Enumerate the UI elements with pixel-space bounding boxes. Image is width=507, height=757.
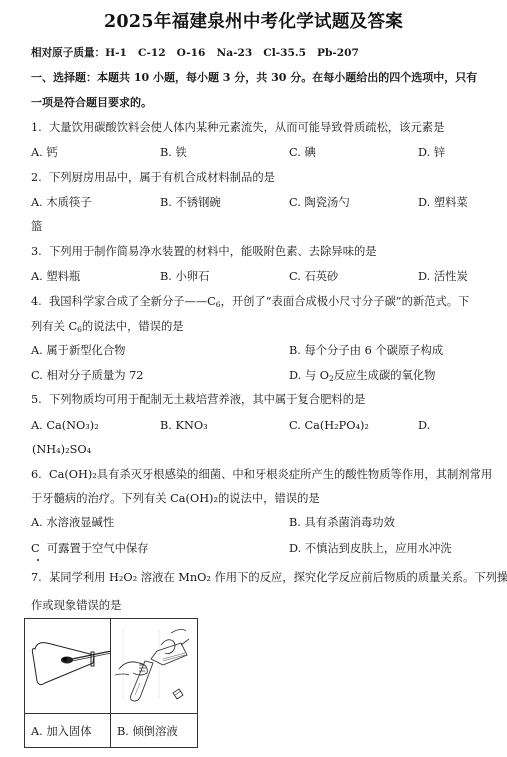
section-heading-line1: 一、选择题：本题共 10 小题，每小题 3 分，共 30 分。在每小题给出的四个… [31, 71, 477, 85]
section-heading-line2: 一项是符合题目要求的。 [31, 96, 152, 110]
q4-option-d: D. 与 O2反应生成碳的氧化物 [289, 369, 435, 383]
atomic-mass-c: C-12 [138, 47, 166, 59]
q2-option-b: B. 不锈钢碗 [160, 196, 221, 210]
stray-dot [37, 559, 39, 561]
question-1-stem: 1. 大量饮用碳酸饮料会使人体内某种元素流失，从而可能导致骨质疏松，该元素是 [31, 121, 444, 135]
q2-option-a: A. 木质筷子 [31, 196, 92, 210]
q2-option-d: D. 塑料菜 [418, 196, 468, 210]
q4-option-a: A. 属于新型化合物 [31, 344, 125, 358]
question-number: 3. [31, 245, 42, 258]
pouring-liquid-into-test-tube-icon [111, 619, 197, 709]
question-number: 4. [31, 295, 42, 308]
atomic-masses-label: 相对原子质量： [31, 47, 105, 59]
q3-option-a: A. 塑料瓶 [31, 270, 80, 284]
atomic-mass-o: O-16 [177, 47, 206, 59]
question-text: 下列用于制作简易净水装置的材料中，能吸附色素、去除异味的是 [49, 245, 377, 258]
question-6-stem-line1: 6. Ca(OH)₂具有杀灭牙根感染的细菌、中和牙根炎症所产生的酸性物质等作用，… [31, 468, 492, 482]
question-text: 下列物质均可用于配制无土栽培营养液，其中属于复合肥料的是 [49, 393, 365, 406]
question-number: 6. [31, 468, 42, 481]
question-4-stem-line1: 4. 我国科学家合成了全新分子——C6，开创了“表面合成极小尺寸分子碳”的新范式… [31, 295, 469, 309]
q6-option-d: D. 不慎沾到皮肤上，应用水冲洗 [289, 542, 452, 556]
flask-with-spatula-icon [25, 619, 110, 709]
q4-option-c: C. 相对分子质量为 72 [31, 369, 143, 383]
q6-option-c: C 可露置于空气中保存 [31, 542, 149, 556]
q3-option-b: B. 小卵石 [160, 270, 209, 284]
question-7-stem-line1: 7. 某同学利用 H₂O₂ 溶液在 MnO₂ 作用下的反应，探究化学反应前后物质… [31, 571, 507, 585]
q6-option-b: B. 具有杀菌消毒功效 [289, 516, 395, 530]
figure-b-label: B. 倾倒溶液 [111, 714, 198, 748]
question-3-stem: 3. 下列用于制作简易净水装置的材料中，能吸附色素、去除异味的是 [31, 245, 377, 259]
q1-option-c: C. 碘 [289, 146, 316, 160]
q5-option-d-key: D. [418, 419, 430, 433]
question-4-stem-line2: 列有关 C6的说法中，错误的是 [31, 320, 184, 334]
atomic-mass-cl: Cl-35.5 [263, 47, 306, 59]
q2-option-d-wrap: 篮 [31, 220, 42, 234]
q1-option-a: A. 钙 [31, 146, 58, 160]
question-number: 7. [31, 571, 42, 584]
q4-option-b: B. 每个分子由 6 个碳原子构成 [289, 344, 443, 358]
q5-option-b: B. KNO₃ [160, 419, 208, 433]
question-6-stem-line2: 于牙髓病的治疗。下列有关 Ca(OH)₂的说法中，错误的是 [31, 492, 320, 506]
q3-option-d: D. 活性炭 [418, 270, 468, 284]
q3-option-c: C. 石英砂 [289, 270, 338, 284]
q5-option-c: C. Ca(H₂PO₄)₂ [289, 419, 369, 433]
q5-option-d-formula: (NH₄)₂SO₄ [32, 443, 91, 457]
question-number: 2. [31, 171, 42, 184]
question-2-stem: 2. 下列厨房用品中，属于有机合成材料制品的是 [31, 171, 275, 185]
atomic-mass-pb: Pb-207 [317, 47, 359, 59]
q6-option-a: A. 水溶液显碱性 [31, 516, 114, 530]
atomic-mass-na: Na-23 [217, 47, 253, 59]
q1-option-d: D. 锌 [418, 146, 445, 160]
question-7-stem-line2: 作或现象错误的是 [31, 599, 121, 613]
question-number: 5. [31, 393, 42, 406]
q1-option-b: B. 铁 [160, 146, 187, 160]
figure-a-label: A. 加入固体 [25, 714, 111, 748]
atomic-mass-h: H-1 [105, 47, 127, 59]
q5-option-a: A. Ca(NO₃)₂ [31, 419, 99, 433]
figure-a-cell [25, 619, 111, 714]
atomic-masses-line: 相对原子质量：H-1 C-12 O-16 Na-23 Cl-35.5 Pb-20… [31, 46, 359, 60]
q2-option-c: C. 陶瓷汤勺 [289, 196, 350, 210]
figure-b-cell [111, 619, 198, 714]
question-text: 大量饮用碳酸饮料会使人体内某种元素流失，从而可能导致骨质疏松，该元素是 [49, 121, 444, 134]
question-7-figure-table: A. 加入固体 B. 倾倒溶液 [24, 618, 198, 748]
page-title: 2025年福建泉州中考化学试题及答案 [0, 10, 507, 34]
question-text: 下列厨房用品中，属于有机合成材料制品的是 [49, 171, 275, 184]
question-number: 1. [31, 121, 42, 134]
question-5-stem: 5. 下列物质均可用于配制无土栽培营养液，其中属于复合肥料的是 [31, 393, 365, 407]
